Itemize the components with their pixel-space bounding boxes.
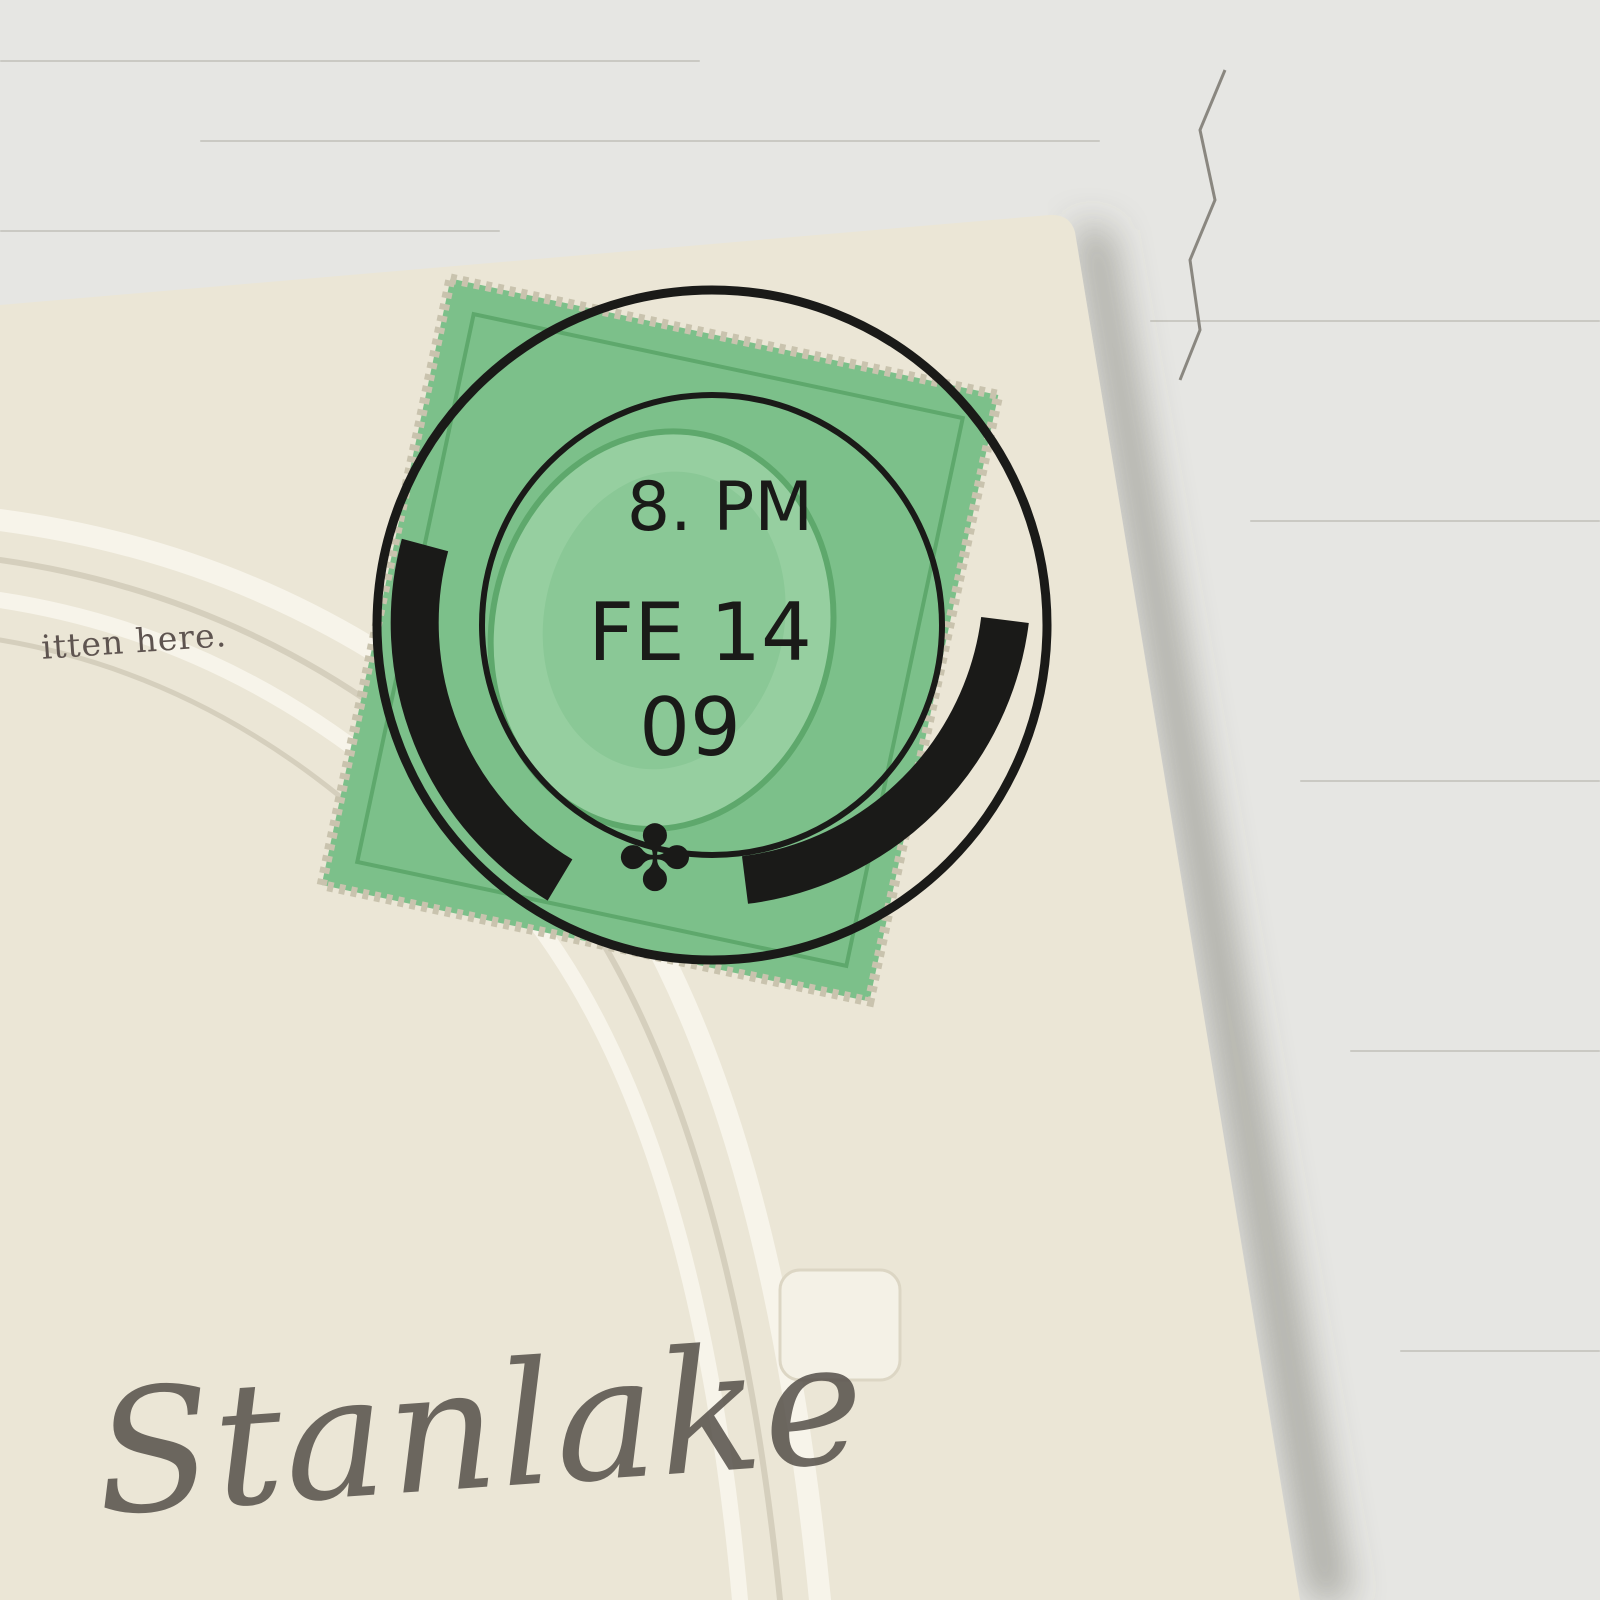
postmark-date: FE 14 (588, 586, 812, 679)
clover-icon: ✤ (617, 807, 692, 912)
postmark-time: 8. PM (627, 468, 813, 547)
wood-crack (1180, 70, 1225, 380)
photo-scene: TORQUAY 8. PM FE 14 09 ✤ itten here. Sta… (0, 0, 1600, 1600)
postmark-town: TORQUAY (0, 0, 28, 17)
postmark-year: 09 (639, 681, 741, 774)
